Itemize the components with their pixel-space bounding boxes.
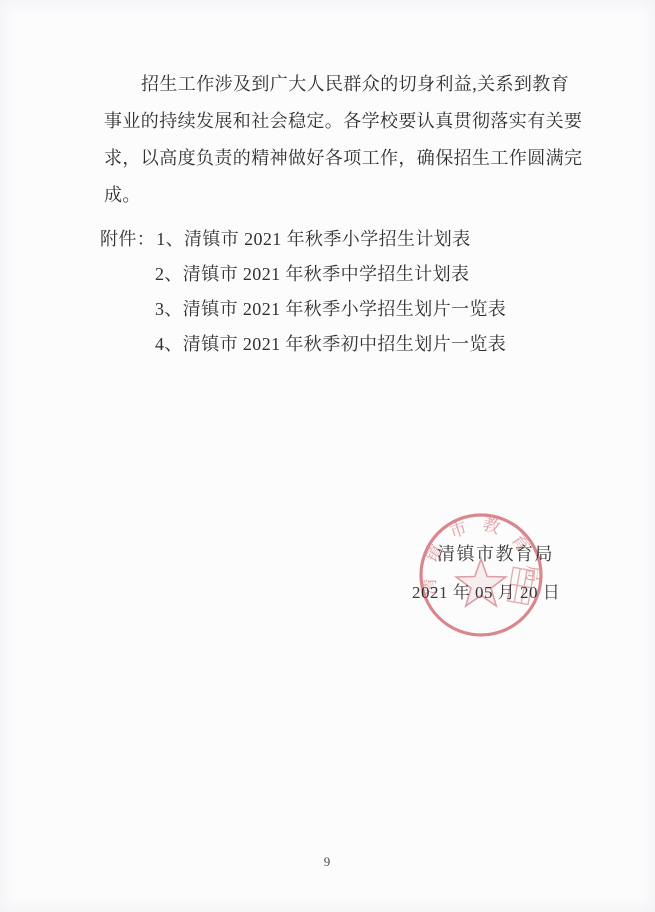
- attachment-item: 1、清镇市 2021 年秋季小学招生计划表: [156, 229, 470, 249]
- attachments-label: 附件：: [100, 229, 155, 249]
- attachment-item: 4、清镇市 2021 年秋季初中招生划片一览表: [155, 334, 506, 354]
- attachment-row: 2、清镇市 2021 年秋季中学招生计划表: [155, 257, 506, 292]
- paragraph-line: 事业的持续发展和社会稳定。各学校要认真贯彻落实有关要: [104, 103, 582, 140]
- attachments-section: 附件：1、清镇市 2021 年秋季小学招生计划表 2、清镇市 2021 年秋季中…: [100, 222, 506, 362]
- signature-organization: 清镇市教育局: [437, 540, 554, 566]
- attachment-row: 3、清镇市 2021 年秋季小学招生划片一览表: [155, 292, 506, 327]
- paragraph-line: 成。: [104, 177, 582, 214]
- paragraph-line: 求，以高度负责的精神做好各项工作，确保招生工作圆满完: [104, 140, 582, 177]
- page-number: 9: [0, 854, 655, 870]
- attachment-item: 3、清镇市 2021 年秋季小学招生划片一览表: [155, 299, 506, 319]
- official-seal-stamp: 清镇市教育局: [411, 505, 551, 645]
- attachment-row: 附件：1、清镇市 2021 年秋季小学招生计划表: [100, 222, 506, 257]
- body-paragraph: 招生工作涉及到广大人民群众的切身利益,关系到教育 事业的持续发展和社会稳定。各学…: [104, 66, 582, 214]
- attachment-item: 2、清镇市 2021 年秋季中学招生计划表: [155, 264, 469, 284]
- seal-ring: [421, 515, 541, 635]
- signature-date: 2021 年 05 月 20 日: [412, 578, 560, 603]
- paragraph-line: 招生工作涉及到广大人民群众的切身利益,关系到教育: [104, 66, 582, 103]
- attachment-row: 4、清镇市 2021 年秋季初中招生划片一览表: [155, 327, 506, 362]
- document-page: 招生工作涉及到广大人民群众的切身利益,关系到教育 事业的持续发展和社会稳定。各学…: [0, 0, 655, 912]
